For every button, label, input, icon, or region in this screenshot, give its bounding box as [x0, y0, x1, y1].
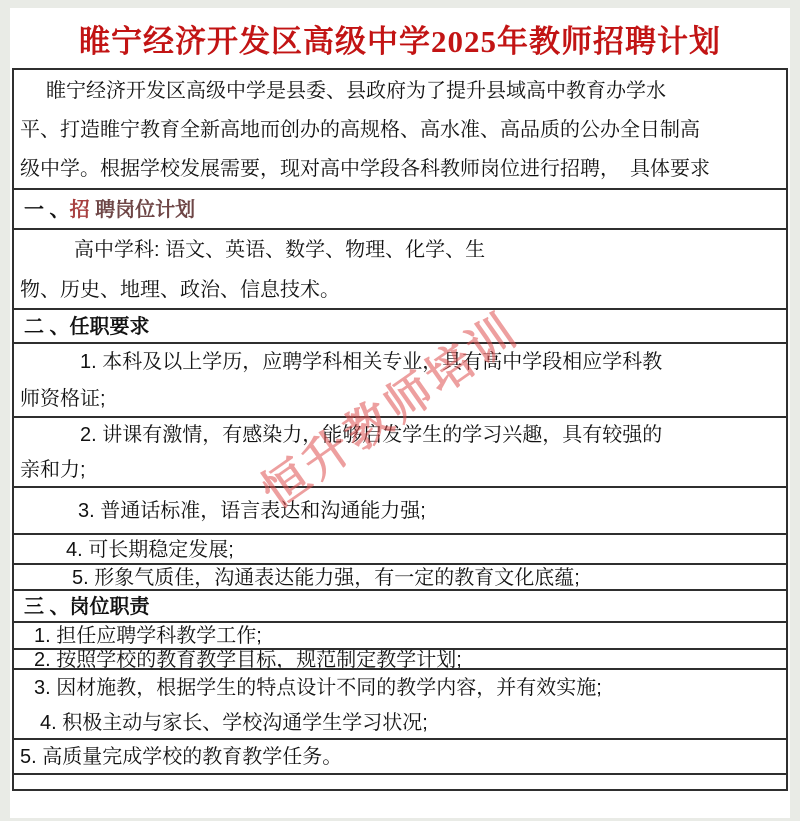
empty-row [14, 773, 786, 789]
intro-line: 睢宁经济开发区高级中学是县委、县政府为了提升县域高中教育办学水 [20, 72, 780, 111]
requirement-item-row: 2. 讲课有激情，有感染力，能够启发学生的学习兴趣，具有较强的 亲和力; [14, 416, 786, 486]
requirement-item-row: 3. 普通话标准，语言表达和沟通能力强; [14, 486, 786, 533]
requirement-line: 亲和力; [20, 453, 780, 486]
requirement-item-row: 5. 形象气质佳，沟通表达能力强，有一定的教育文化底蕴; [14, 563, 786, 589]
requirement-line: 1. 本科及以上学历，应聘学科相关专业，具有高中学段相应学科教 [20, 344, 780, 381]
requirement-line: 师资格证; [20, 381, 780, 416]
document-page: 睢宁经济开发区高级中学2025年教师招聘计划 睢宁经济开发区高级中学是县委、县政… [10, 8, 790, 818]
subjects-line: 高中学科: 语文、英语、数学、物理、化学、生 [20, 230, 780, 270]
subjects-row: 高中学科: 语文、英语、数学、物理、化学、生 物、历史、地理、政治、信息技术。 [14, 228, 786, 308]
intro-line: 级中学。根据学校发展需要，现对高中学段各科教师岗位进行招聘， 具体要求 [20, 150, 780, 188]
duty-item-row: 3. 因材施教，根据学生的特点设计不同的教学内容，并有效实施; 4. 积极主动与… [14, 668, 786, 738]
intro-row: 睢宁经济开发区高级中学是县委、县政府为了提升县域高中教育办学水 平、打造睢宁教育… [14, 70, 786, 188]
screenshot-root: { "document": { "title": "睢宁经济开发区高级中学202… [0, 0, 800, 821]
section-1-heading-accent-first: 招 [70, 199, 90, 221]
duty-item-row: 5. 高质量完成学校的教育教学任务。 [14, 738, 786, 773]
duty-item-row: 1. 担任应聘学科教学工作; [14, 621, 786, 648]
section-1-heading-row: 一 、招 聘岗位计划 [14, 188, 786, 228]
requirement-item-row: 1. 本科及以上学历，应聘学科相关专业，具有高中学段相应学科教 师资格证; [14, 342, 786, 416]
section-2-heading-row: 二 、任职要求 [14, 308, 786, 342]
requirement-item-row: 4. 可长期稳定发展; [14, 533, 786, 563]
recruitment-table: 睢宁经济开发区高级中学是县委、县政府为了提升县域高中教育办学水 平、打造睢宁教育… [12, 68, 788, 791]
section-1-heading-accent-rest: 聘岗位计划 [90, 199, 196, 221]
duty-line: 4. 积极主动与家长、学校沟通学生学习状况; [20, 706, 780, 738]
duty-line: 3. 因材施教，根据学生的特点设计不同的教学内容，并有效实施; [20, 671, 780, 706]
intro-line: 平、打造睢宁教育全新高地而创办的高规格、高水准、高品质的公办全日制高 [20, 111, 780, 150]
duty-item-row: 2. 按照学校的教育教学目标，规范制定教学计划; [14, 648, 786, 668]
document-title: 睢宁经济开发区高级中学2025年教师招聘计划 [10, 8, 790, 68]
section-1-number: 一 、 [24, 199, 70, 221]
section-3-heading-row: 三 、岗位职责 [14, 589, 786, 621]
requirement-line: 2. 讲课有激情，有感染力，能够启发学生的学习兴趣，具有较强的 [20, 418, 780, 453]
subjects-line: 物、历史、地理、政治、信息技术。 [20, 270, 780, 308]
